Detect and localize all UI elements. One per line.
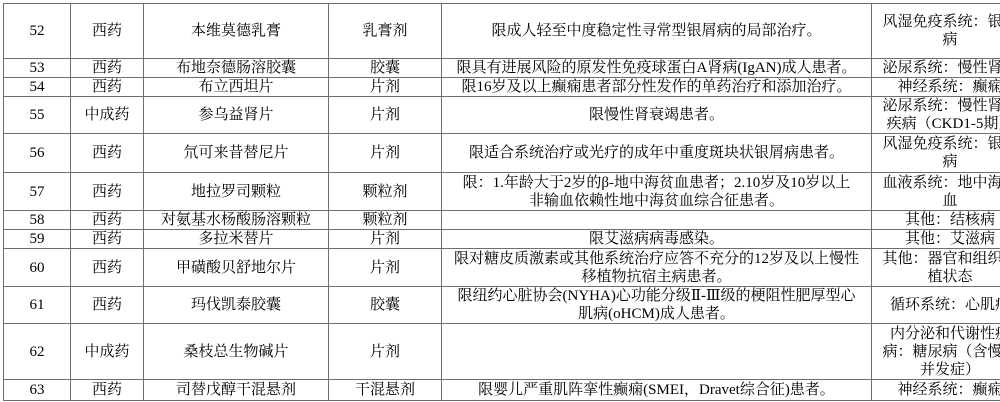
cell-number: 63 xyxy=(4,380,71,401)
cell-dosage-form: 片剂 xyxy=(329,97,442,134)
cell-restriction: 限慢性肾衰竭患者。 xyxy=(442,97,872,134)
cell-system: 风湿免疫系统：银屑 病 xyxy=(872,134,1000,173)
cell-restriction: 限适合系统治疗或光疗的成年中重度斑块状银屑病患者。 xyxy=(442,134,872,173)
cell-dosage-form: 胶囊 xyxy=(329,287,442,324)
cell-category: 西药 xyxy=(71,134,144,173)
cell-dosage-form: 颗粒剂 xyxy=(329,173,442,211)
cell-drug-name: 对氨基水杨酸肠溶颗粒 xyxy=(144,211,329,230)
table-row: 58 西药 对氨基水杨酸肠溶颗粒 颗粒剂 其他：结核病 xyxy=(4,211,1000,230)
cell-number: 52 xyxy=(4,4,71,59)
cell-category: 西药 xyxy=(71,59,144,78)
cell-restriction xyxy=(442,211,872,230)
cell-number: 57 xyxy=(4,173,71,211)
cell-category: 西药 xyxy=(71,4,144,59)
table-row: 52 西药 本维莫德乳膏 乳膏剂 限成人轻至中度稳定性寻常型银屑病的局部治疗。 … xyxy=(4,4,1000,59)
cell-dosage-form: 胶囊 xyxy=(329,59,442,78)
cell-dosage-form: 乳膏剂 xyxy=(329,4,442,59)
cell-category: 西药 xyxy=(71,173,144,211)
cell-drug-name: 氘可来昔替尼片 xyxy=(144,134,329,173)
cell-number: 56 xyxy=(4,134,71,173)
table-row: 59 西药 多拉米替片 片剂 限艾滋病病毒感染。 其他：艾滋病 xyxy=(4,230,1000,249)
cell-restriction: 限具有进展风险的原发性免疫球蛋白A肾病(IgAN)成人患者。 xyxy=(442,59,872,78)
table-row: 63 西药 司替戊醇干混悬剂 干混悬剂 限婴儿严重肌阵挛性癫痫(SMEI，Dra… xyxy=(4,380,1000,401)
cell-dosage-form: 片剂 xyxy=(329,230,442,249)
drug-list-table: 52 西药 本维莫德乳膏 乳膏剂 限成人轻至中度稳定性寻常型银屑病的局部治疗。 … xyxy=(3,3,1000,401)
cell-restriction xyxy=(442,324,872,380)
cell-drug-name: 玛伐凯泰胶囊 xyxy=(144,287,329,324)
cell-system: 泌尿系统：慢性肾炎 xyxy=(872,59,1000,78)
cell-system: 其他：艾滋病 xyxy=(872,230,1000,249)
cell-category: 西药 xyxy=(71,230,144,249)
cell-number: 60 xyxy=(4,249,71,287)
drug-list-table-body: 52 西药 本维莫德乳膏 乳膏剂 限成人轻至中度稳定性寻常型银屑病的局部治疗。 … xyxy=(4,4,1000,401)
cell-number: 53 xyxy=(4,59,71,78)
cell-number: 54 xyxy=(4,78,71,97)
cell-restriction: 限对糖皮质激素或其他系统治疗应答不充分的12岁及以上慢性 移植物抗宿主病患者。 xyxy=(442,249,872,287)
cell-drug-name: 布立西坦片 xyxy=(144,78,329,97)
cell-category: 西药 xyxy=(71,249,144,287)
table-row: 57 西药 地拉罗司颗粒 颗粒剂 限：1.年龄大于2岁的β-地中海贫血患者；2.… xyxy=(4,173,1000,211)
drug-list-page: 52 西药 本维莫德乳膏 乳膏剂 限成人轻至中度稳定性寻常型银屑病的局部治疗。 … xyxy=(0,0,1000,402)
cell-dosage-form: 片剂 xyxy=(329,324,442,380)
cell-drug-name: 地拉罗司颗粒 xyxy=(144,173,329,211)
cell-category: 西药 xyxy=(71,287,144,324)
cell-restriction: 限成人轻至中度稳定性寻常型银屑病的局部治疗。 xyxy=(442,4,872,59)
cell-category: 西药 xyxy=(71,211,144,230)
cell-system: 泌尿系统：慢性肾脏 疾病（CKD1-5期） xyxy=(872,97,1000,134)
cell-drug-name: 司替戊醇干混悬剂 xyxy=(144,380,329,401)
cell-system: 循环系统：心肌病 xyxy=(872,287,1000,324)
cell-dosage-form: 片剂 xyxy=(329,134,442,173)
cell-dosage-form: 干混悬剂 xyxy=(329,380,442,401)
cell-number: 62 xyxy=(4,324,71,380)
cell-drug-name: 甲磺酸贝舒地尔片 xyxy=(144,249,329,287)
cell-dosage-form: 颗粒剂 xyxy=(329,211,442,230)
cell-system: 内分泌和代谢性疾 病：糖尿病（含慢性 并发症） xyxy=(872,324,1000,380)
cell-system: 血液系统：地中海贫 血 xyxy=(872,173,1000,211)
cell-restriction: 限：1.年龄大于2岁的β-地中海贫血患者；2.10岁及10岁以上 非输血依赖性地… xyxy=(442,173,872,211)
cell-number: 55 xyxy=(4,97,71,134)
cell-restriction: 限婴儿严重肌阵挛性癫痫(SMEI，Dravet综合征)患者。 xyxy=(442,380,872,401)
table-row: 54 西药 布立西坦片 片剂 限16岁及以上癫痫患者部分性发作的单药治疗和添加治… xyxy=(4,78,1000,97)
cell-number: 59 xyxy=(4,230,71,249)
cell-system: 神经系统：癫痫 xyxy=(872,78,1000,97)
cell-dosage-form: 片剂 xyxy=(329,249,442,287)
cell-drug-name: 多拉米替片 xyxy=(144,230,329,249)
cell-restriction: 限16岁及以上癫痫患者部分性发作的单药治疗和添加治疗。 xyxy=(442,78,872,97)
table-row: 53 西药 布地奈德肠溶胶囊 胶囊 限具有进展风险的原发性免疫球蛋白A肾病(Ig… xyxy=(4,59,1000,78)
table-row: 61 西药 玛伐凯泰胶囊 胶囊 限纽约心脏协会(NYHA)心功能分级Ⅱ-Ⅲ级的梗… xyxy=(4,287,1000,324)
cell-category: 中成药 xyxy=(71,97,144,134)
cell-drug-name: 布地奈德肠溶胶囊 xyxy=(144,59,329,78)
cell-system: 风湿免疫系统：银屑 病 xyxy=(872,4,1000,59)
cell-restriction: 限艾滋病病毒感染。 xyxy=(442,230,872,249)
cell-system: 其他：结核病 xyxy=(872,211,1000,230)
cell-number: 61 xyxy=(4,287,71,324)
cell-category: 西药 xyxy=(71,380,144,401)
cell-drug-name: 本维莫德乳膏 xyxy=(144,4,329,59)
cell-restriction: 限纽约心脏协会(NYHA)心功能分级Ⅱ-Ⅲ级的梗阻性肥厚型心 肌病(oHCM)成… xyxy=(442,287,872,324)
cell-category: 西药 xyxy=(71,78,144,97)
cell-system: 其他：器官和组织移 植状态 xyxy=(872,249,1000,287)
cell-drug-name: 桑枝总生物碱片 xyxy=(144,324,329,380)
cell-category: 中成药 xyxy=(71,324,144,380)
table-row: 60 西药 甲磺酸贝舒地尔片 片剂 限对糖皮质激素或其他系统治疗应答不充分的12… xyxy=(4,249,1000,287)
table-row: 56 西药 氘可来昔替尼片 片剂 限适合系统治疗或光疗的成年中重度斑块状银屑病患… xyxy=(4,134,1000,173)
cell-system: 神经系统：癫痫 xyxy=(872,380,1000,401)
cell-number: 58 xyxy=(4,211,71,230)
table-row: 62 中成药 桑枝总生物碱片 片剂 内分泌和代谢性疾 病：糖尿病（含慢性 并发症… xyxy=(4,324,1000,380)
cell-drug-name: 参乌益肾片 xyxy=(144,97,329,134)
table-row: 55 中成药 参乌益肾片 片剂 限慢性肾衰竭患者。 泌尿系统：慢性肾脏 疾病（C… xyxy=(4,97,1000,134)
cell-dosage-form: 片剂 xyxy=(329,78,442,97)
